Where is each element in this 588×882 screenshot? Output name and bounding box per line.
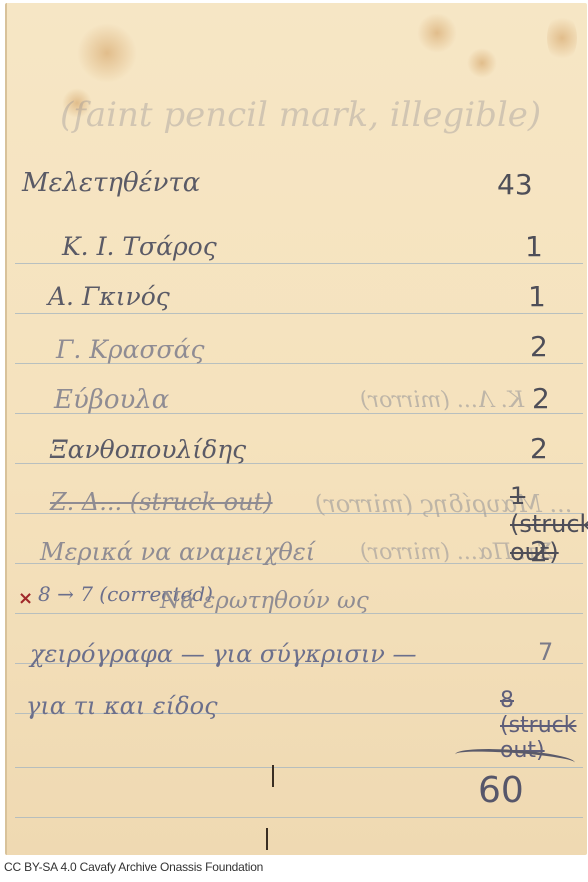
entry-label: Νά ερωτηθούν ως <box>160 588 369 614</box>
foxing-stain <box>77 23 137 83</box>
total-value: 60 <box>478 770 524 811</box>
entry-value: 43 <box>497 168 533 201</box>
entry-label: Ξανθοπουλίδης <box>50 435 246 464</box>
entry-label-struck: Ζ. Δ... (struck out) <box>50 488 273 516</box>
foxing-stain <box>547 13 577 63</box>
entry-value-struck: 1 (struck out) <box>510 482 588 566</box>
entry-label: Α. Γκινός <box>48 282 170 311</box>
ruled-line <box>15 263 583 264</box>
ruled-line <box>15 767 583 768</box>
fold-mark <box>272 765 274 787</box>
ruled-line <box>15 313 583 314</box>
entry-value: 2 <box>530 432 548 465</box>
entry-value: 1 <box>528 280 546 313</box>
ruled-line <box>15 817 583 818</box>
entry-label: Μελετηθέντα <box>22 168 200 198</box>
header-mark: (faint pencil mark, illegible) <box>60 95 541 135</box>
entry-label: Γ. Κρασσάς <box>56 335 205 364</box>
entry-value: 7 <box>538 638 553 666</box>
entry-value: 2 <box>530 535 548 568</box>
foxing-stain <box>417 13 457 53</box>
entry-value: 1 <box>525 230 543 263</box>
entry-label: για τι και είδος <box>26 692 218 720</box>
bleed-through-text: Κ. Λ... (mirror) <box>360 388 524 413</box>
fold-mark <box>266 828 268 850</box>
red-mark: × <box>18 588 33 609</box>
entry-label: Κ. Ι. Τσάρος <box>62 232 217 261</box>
foxing-stain <box>467 48 497 78</box>
credit-text: CC BY-SA 4.0 Cavafy Archive Onassis Foun… <box>4 860 263 874</box>
entry-label: Μερικά να αναμειχθεί <box>40 538 315 566</box>
entry-value: 2 <box>530 330 548 363</box>
entry-label: Εύβουλα <box>54 385 169 415</box>
entry-label: χειρόγραφα — για σύγκρισιν — <box>30 640 417 668</box>
entry-value: 2 <box>532 382 550 415</box>
